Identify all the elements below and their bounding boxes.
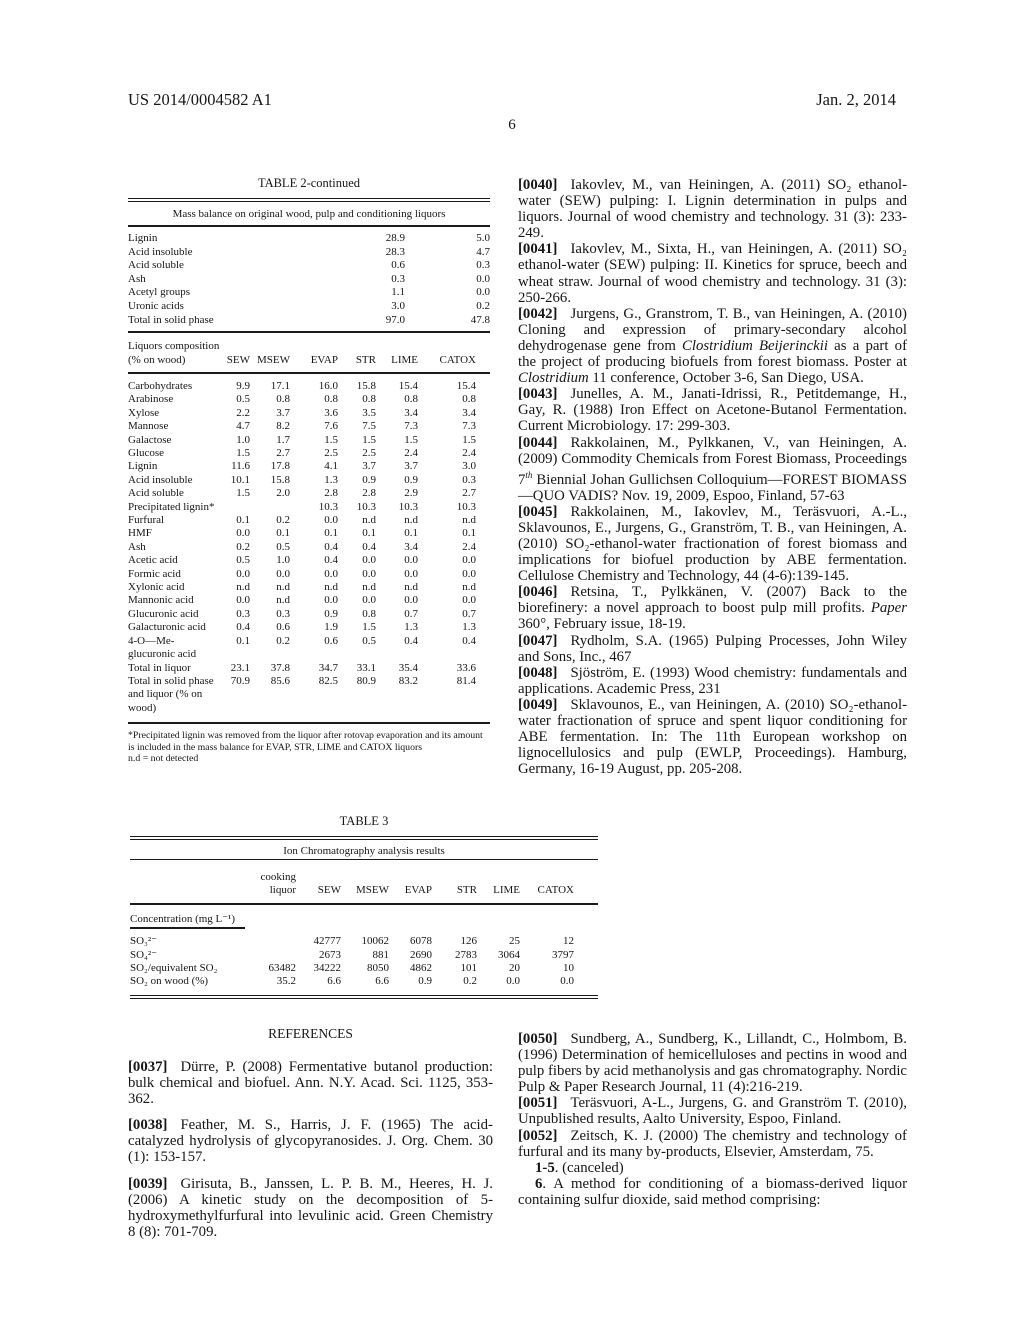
cell-value: n.d — [250, 581, 290, 594]
cell-value — [250, 949, 296, 962]
cell-value: 0.0 — [338, 554, 376, 567]
cell-value: 23.1 — [220, 662, 250, 675]
paragraph-tag: [0050] — [518, 1031, 557, 1047]
cell-value: 63482 — [250, 962, 296, 975]
cell-value: 0.5 — [220, 393, 250, 406]
row-label: Arabinose — [128, 393, 220, 406]
row-label: Acid soluble — [128, 487, 220, 500]
table-row: Total in solid phase97.047.8 — [128, 314, 490, 328]
row-label: Carbohydrates — [128, 373, 220, 393]
table-row: Lignin11.617.84.13.73.73.0 — [128, 460, 490, 473]
cell-value: 0.8 — [290, 393, 338, 406]
row-label: Galacturonic acid — [128, 621, 220, 634]
paragraph-text: 360°, February issue, 18-19. — [518, 616, 686, 632]
cell-value: 82.5 — [290, 675, 338, 723]
cell-value: 3.4 — [376, 407, 418, 420]
cell-value: n.d — [220, 581, 250, 594]
cell-value: 0.1 — [376, 527, 418, 540]
cell-value: 2.9 — [376, 487, 418, 500]
paragraph-tag: [0044] — [518, 435, 557, 451]
cell-value: 0.0 — [220, 568, 250, 581]
claim-6: 6. A method for conditioning of a biomas… — [518, 1176, 907, 1208]
paragraph-text: Sundberg, A., Sundberg, K., Lillandt, C.… — [518, 1031, 907, 1095]
table-rule — [128, 225, 490, 227]
cell-value: 3797 — [520, 949, 598, 962]
table-row: Xylose2.23.73.63.53.43.4 — [128, 407, 490, 420]
cell-value: 7.3 — [418, 420, 490, 433]
cell-value: 0.7 — [418, 608, 490, 621]
table3-header-row: cooking liquorSEWMSEWEVAPSTRLIMECATOX — [130, 860, 598, 904]
cell-value: 10.3 — [290, 501, 338, 514]
cell-value: 2.5 — [290, 447, 338, 460]
cell-value — [250, 501, 290, 514]
claim-1-5-canceled: 1-5. (canceled) — [518, 1160, 907, 1176]
reference-paragraph-0052: [0052]Zeitsch, K. J. (2000) The chemistr… — [518, 1128, 907, 1160]
column-header: SEW — [296, 860, 341, 904]
table-row: Acid insoluble28.34.7 — [128, 246, 490, 260]
paragraph-tag: [0047] — [518, 633, 557, 649]
table2-continued-block: TABLE 2-continued Mass balance on origin… — [128, 176, 490, 765]
cell-value: 2.7 — [418, 487, 490, 500]
column-header: MSEW — [250, 333, 290, 373]
cell-value: 0.0 — [220, 527, 250, 540]
cell-value: 0.2 — [250, 514, 290, 527]
paragraph-tag: [0043] — [518, 386, 557, 402]
table-row: Carbohydrates9.917.116.015.815.415.4 — [128, 373, 490, 393]
paragraph-tag: [0041] — [518, 241, 557, 257]
cell-value: 0.6 — [293, 259, 405, 273]
cell-value: 2.0 — [250, 487, 290, 500]
cell-value: 10.3 — [418, 501, 490, 514]
paragraph-tag: [0046] — [518, 584, 557, 600]
cell-value: 1.5 — [290, 434, 338, 447]
claim-text: . (canceled) — [555, 1160, 624, 1176]
reference-paragraph-0049: [0049]Sklavounos, E., van Heiningen, A. … — [518, 697, 907, 777]
cell-value: 0.4 — [418, 635, 490, 662]
cell-value: 35.4 — [376, 662, 418, 675]
cell-value: 2.8 — [338, 487, 376, 500]
table-row: SO₂/equivalent SO₂6348234222805048621012… — [130, 962, 598, 975]
cell-value: 0.4 — [290, 554, 338, 567]
paragraph-tag: [0045] — [518, 504, 557, 520]
references-heading: REFERENCES — [128, 1026, 493, 1042]
cell-value: n.d — [418, 581, 490, 594]
cell-value: 42777 — [296, 933, 341, 948]
cell-value: 81.4 — [418, 675, 490, 723]
table-row: Acid soluble0.60.3 — [128, 259, 490, 273]
row-label: Uronic acids — [128, 300, 293, 314]
cell-value: 1.9 — [290, 621, 338, 634]
italic-species-name: Clostridium — [518, 370, 589, 386]
cell-value: 0.8 — [418, 393, 490, 406]
references-section: REFERENCES [0037]Dürre, P. (2008) Fermen… — [128, 1026, 493, 1250]
cell-value: 2.4 — [376, 447, 418, 460]
column-header: cooking liquor — [250, 860, 296, 904]
footnote-nd: n.d = not detected — [128, 753, 490, 765]
cell-value — [250, 933, 296, 948]
cell-value: 28.3 — [293, 246, 405, 260]
cell-value: 3.4 — [418, 407, 490, 420]
paragraph-tag: [0039] — [128, 1176, 167, 1192]
row-label: Total in liquor — [128, 662, 220, 675]
cell-value: 3.7 — [250, 407, 290, 420]
reference-paragraph-0044: [0044]Rakkolainen, M., Pylkkanen, V., va… — [518, 435, 907, 504]
paragraph-tag: [0049] — [518, 697, 557, 713]
paragraph-text: Retsina, T., Pylkkänen, V. (2007) Back t… — [518, 584, 907, 616]
table-row: SO₃²⁻427771006260781262512 — [130, 933, 598, 948]
cell-value: 3.7 — [376, 460, 418, 473]
row-label: Acid soluble — [128, 259, 293, 273]
table-row: Acetic acid0.51.00.40.00.00.0 — [128, 554, 490, 567]
row-label: Total in solid phase — [128, 314, 293, 328]
cell-value: 2690 — [389, 949, 432, 962]
column-header: STR — [432, 860, 477, 904]
column-header: LIME — [477, 860, 520, 904]
claim-number: 1-5 — [535, 1160, 555, 1176]
cell-value: 17.8 — [250, 460, 290, 473]
table-row: Arabinose0.50.80.80.80.80.8 — [128, 393, 490, 406]
reference-paragraph-0050: [0050]Sundberg, A., Sundberg, K., Lillan… — [518, 1031, 907, 1095]
cell-value: 4.7 — [220, 420, 250, 433]
table-row: Total in liquor23.137.834.733.135.433.6 — [128, 662, 490, 675]
cell-value: 17.1 — [250, 373, 290, 393]
column-header: EVAP — [389, 860, 432, 904]
footnote-precipitated-lignin: *Precipitated lignin was removed from th… — [128, 730, 490, 753]
paragraph-tag: [0052] — [518, 1128, 557, 1144]
cell-value: 4862 — [389, 962, 432, 975]
column-header: STR — [338, 333, 376, 373]
table3-stub-header — [130, 860, 250, 904]
cell-value: 0.0 — [418, 594, 490, 607]
row-label: SO₂/equivalent SO₂ — [130, 962, 250, 975]
cell-value: 1.7 — [250, 434, 290, 447]
cell-value: 0.5 — [250, 541, 290, 554]
claim-text: . A method for conditioning of a biomass… — [518, 1176, 907, 1208]
reference-paragraph-0051: [0051]Teräsvuori, A-L., Jurgens, G. and … — [518, 1095, 907, 1127]
reference-paragraph-0042: [0042]Jurgens, G., Granstrom, T. B., van… — [518, 306, 907, 386]
cell-value: 0.6 — [250, 621, 290, 634]
ion-chromatography-table: cooking liquorSEWMSEWEVAPSTRLIMECATOX Co… — [130, 860, 598, 995]
column-header: MSEW — [341, 860, 389, 904]
cell-value: 20 — [477, 962, 520, 975]
cell-value: 0.4 — [338, 541, 376, 554]
cell-value: 1.0 — [220, 434, 250, 447]
table-row: Lignin28.95.0 — [128, 232, 490, 246]
liquors-header-row: Liquors composition (% on wood) SEWMSEWE… — [128, 333, 490, 373]
reference-paragraph-0047: [0047]Rydholm, S.A. (1965) Pulping Proce… — [518, 633, 907, 665]
reference-paragraph-0048: [0048]Sjöström, E. (1993) Wood chemistry… — [518, 665, 907, 697]
cell-value: 7.3 — [376, 420, 418, 433]
table-row: Galacturonic acid0.40.61.91.51.31.3 — [128, 621, 490, 634]
cell-value: 15.4 — [418, 373, 490, 393]
cell-value: 37.8 — [250, 662, 290, 675]
row-label: Lignin — [128, 460, 220, 473]
paragraph-tag: [0042] — [518, 306, 557, 322]
cell-value: n.d — [338, 514, 376, 527]
row-label: Mannonic acid — [128, 594, 220, 607]
cell-value: 0.3 — [405, 259, 490, 273]
row-label: 4-O—Me-glucuronic acid — [128, 635, 220, 662]
cell-value: 0.2 — [405, 300, 490, 314]
cell-value: 33.1 — [338, 662, 376, 675]
cell-value: 35.2 — [250, 975, 296, 994]
table-row: 4-O—Me-glucuronic acid0.10.20.60.50.40.4 — [128, 635, 490, 662]
table-row: SO₂ on wood (%)35.26.66.60.90.20.00.0 — [130, 975, 598, 994]
cell-value: 1.3 — [376, 621, 418, 634]
cell-value: 0.1 — [220, 635, 250, 662]
table-row: Glucose1.52.72.52.52.42.4 — [128, 447, 490, 460]
cell-value: 0.1 — [250, 527, 290, 540]
cell-value: 80.9 — [338, 675, 376, 723]
right-column: [0040]Iakovlev, M., van Heiningen, A. (2… — [518, 177, 907, 777]
row-label: Xylonic acid — [128, 581, 220, 594]
cell-value: 6.6 — [296, 975, 341, 994]
paragraph-tag: [0038] — [128, 1117, 167, 1133]
cell-value: 15.8 — [338, 373, 376, 393]
cell-value: 0.5 — [220, 554, 250, 567]
cell-value: 0.0 — [405, 286, 490, 300]
paragraph-tag: [0051] — [518, 1095, 557, 1111]
patent-number: US 2014/0004582 A1 — [128, 90, 272, 110]
row-label: Total in solid phase and liquor (% on wo… — [128, 675, 220, 723]
cell-value: 1.5 — [220, 487, 250, 500]
cell-value: 8050 — [341, 962, 389, 975]
cell-value: 3064 — [477, 949, 520, 962]
cell-value: n.d — [290, 581, 338, 594]
paragraph-text: Zeitsch, K. J. (2000) The chemistry and … — [518, 1128, 907, 1160]
paragraph-text: Sklavounos, E., van Heiningen, A. (2010)… — [518, 697, 907, 777]
cell-value: 0.0 — [290, 594, 338, 607]
cell-value: 33.6 — [418, 662, 490, 675]
table-row: Furfural0.10.20.0n.dn.dn.d — [128, 514, 490, 527]
paragraph-tag: [0048] — [518, 665, 557, 681]
cell-value: 8.2 — [250, 420, 290, 433]
table-row: Acid insoluble10.115.81.30.90.90.3 — [128, 474, 490, 487]
row-label: SO₄²⁻ — [130, 949, 250, 962]
table-rule — [130, 995, 598, 999]
cell-value: 3.4 — [376, 541, 418, 554]
row-label: Mannose — [128, 420, 220, 433]
cell-value: 3.5 — [338, 407, 376, 420]
paragraph-text: Junelles, A. M., Janati-Idrissi, R., Pet… — [518, 386, 907, 434]
cell-value: 70.9 — [220, 675, 250, 723]
cell-value: 1.3 — [418, 621, 490, 634]
cell-value: 10.3 — [338, 501, 376, 514]
concentration-section-header: Concentration (mg L⁻¹) — [130, 913, 245, 929]
cell-value: 3.0 — [418, 460, 490, 473]
cell-value: 4.1 — [290, 460, 338, 473]
cell-value: 1.5 — [418, 434, 490, 447]
reference-paragraph-0040: [0040]Iakovlev, M., van Heiningen, A. (2… — [518, 177, 907, 241]
paragraph-text: Biennial Johan Gullichsen Colloquium—FOR… — [518, 472, 907, 504]
cell-value: 0.1 — [220, 514, 250, 527]
table3-title: TABLE 3 — [130, 814, 598, 829]
cell-value: 6078 — [389, 933, 432, 948]
cell-value: 0.3 — [293, 273, 405, 287]
reference-paragraph-0039: [0039]Girisuta, B., Janssen, L. P. B. M.… — [128, 1176, 493, 1240]
row-label: Ash — [128, 273, 293, 287]
cell-value — [220, 501, 250, 514]
table-row: HMF0.00.10.10.10.10.1 — [128, 527, 490, 540]
table-row: Acetyl groups1.10.0 — [128, 286, 490, 300]
cell-value: 0.1 — [418, 527, 490, 540]
cell-value: 34222 — [296, 962, 341, 975]
table-row: Glucuronic acid0.30.30.90.80.70.7 — [128, 608, 490, 621]
cell-value: 1.3 — [290, 474, 338, 487]
cell-value: 10 — [520, 962, 598, 975]
row-label: Acid insoluble — [128, 246, 293, 260]
table-row: Galactose1.01.71.51.51.51.5 — [128, 434, 490, 447]
paragraph-text: Iakovlev, M., van Heiningen, A. (2011) S… — [518, 177, 907, 241]
cell-value: 0.7 — [376, 608, 418, 621]
cell-value: 0.2 — [220, 541, 250, 554]
table-row: SO₄²⁻26738812690278330643797 — [130, 949, 598, 962]
cell-value: 10062 — [341, 933, 389, 948]
mass-balance-table: Lignin28.95.0Acid insoluble28.34.7Acid s… — [128, 232, 490, 327]
cell-value: 2673 — [296, 949, 341, 962]
cell-value: 1.5 — [376, 434, 418, 447]
cell-value: 3.0 — [293, 300, 405, 314]
cell-value: 0.3 — [250, 608, 290, 621]
cell-value: 0.9 — [290, 608, 338, 621]
cell-value: 0.1 — [338, 527, 376, 540]
row-label: Glucuronic acid — [128, 608, 220, 621]
table-row: Uronic acids3.00.2 — [128, 300, 490, 314]
cell-value: 1.5 — [338, 434, 376, 447]
table3-block: TABLE 3 Ion Chromatography analysis resu… — [130, 814, 598, 999]
cell-value: 0.0 — [376, 594, 418, 607]
table-row: Formic acid0.00.00.00.00.00.0 — [128, 568, 490, 581]
cell-value: 0.4 — [376, 635, 418, 662]
table2-title: TABLE 2-continued — [128, 176, 490, 191]
paragraph-tag: [0040] — [518, 177, 557, 193]
cell-value: 1.1 — [293, 286, 405, 300]
cell-value: 0.0 — [220, 594, 250, 607]
cell-value: 1.5 — [220, 447, 250, 460]
cell-value: 0.4 — [290, 541, 338, 554]
paragraph-text: Girisuta, B., Janssen, L. P. B. M., Heer… — [128, 1176, 493, 1240]
cell-value: 5.0 — [405, 232, 490, 246]
cell-value: n.d — [376, 581, 418, 594]
cell-value: 0.1 — [290, 527, 338, 540]
table-row: Mannonic acid0.0n.d0.00.00.00.0 — [128, 594, 490, 607]
paragraph-text: Dürre, P. (2008) Fermentative butanol pr… — [128, 1059, 493, 1107]
table-row: Acid soluble1.52.02.82.82.92.7 — [128, 487, 490, 500]
row-label: Acid insoluble — [128, 474, 220, 487]
row-label: Precipitated lignin* — [128, 501, 220, 514]
cell-value: n.d — [250, 594, 290, 607]
row-label: Lignin — [128, 232, 293, 246]
cell-value: 15.8 — [250, 474, 290, 487]
cell-value: 0.0 — [418, 554, 490, 567]
cell-value: 9.9 — [220, 373, 250, 393]
cell-value: 2783 — [432, 949, 477, 962]
cell-value: 0.0 — [477, 975, 520, 994]
cell-value: 0.0 — [250, 568, 290, 581]
column-header: CATOX — [418, 333, 490, 373]
reference-paragraph-0045: [0045]Rakkolainen, M., Iakovlev, M., Ter… — [518, 504, 907, 584]
paragraph-text: Rydholm, S.A. (1965) Pulping Processes, … — [518, 633, 907, 665]
reference-paragraph-0037: [0037]Dürre, P. (2008) Fermentative buta… — [128, 1059, 493, 1107]
row-label: Acetic acid — [128, 554, 220, 567]
reference-paragraph-0038: [0038]Feather, M. S., Harris, J. F. (196… — [128, 1117, 493, 1165]
cell-value: 0.3 — [220, 608, 250, 621]
cell-value: 0.0 — [405, 273, 490, 287]
cell-value: 4.7 — [405, 246, 490, 260]
row-label: SO₂ on wood (%) — [130, 975, 250, 994]
cell-value: 47.8 — [405, 314, 490, 328]
cell-value: n.d — [338, 581, 376, 594]
row-label: Galactose — [128, 434, 220, 447]
cell-value: 34.7 — [290, 662, 338, 675]
reference-paragraph-0041: [0041]Iakovlev, M., Sixta, H., van Heini… — [518, 241, 907, 305]
cell-value: 2.4 — [418, 541, 490, 554]
paragraph-text: 11 conference, October 3-6, San Diego, U… — [589, 370, 864, 386]
cell-value: 1.5 — [338, 621, 376, 634]
cell-value: 2.5 — [338, 447, 376, 460]
cell-value: 28.9 — [293, 232, 405, 246]
publication-date: Jan. 2, 2014 — [816, 90, 896, 110]
table-row: Xylonic acidn.dn.dn.dn.dn.dn.d — [128, 581, 490, 594]
cell-value: n.d — [418, 514, 490, 527]
cell-value: 0.8 — [250, 393, 290, 406]
cell-value: 0.2 — [432, 975, 477, 994]
paragraph-text: Iakovlev, M., Sixta, H., van Heiningen, … — [518, 241, 907, 305]
row-label: SO₃²⁻ — [130, 933, 250, 948]
table-row: Ash0.30.0 — [128, 273, 490, 287]
reference-paragraph-0043: [0043]Junelles, A. M., Janati-Idrissi, R… — [518, 386, 907, 434]
page-number: 6 — [0, 117, 1024, 134]
cell-value: 15.4 — [376, 373, 418, 393]
cell-value: 2.4 — [418, 447, 490, 460]
cell-value: 2.7 — [250, 447, 290, 460]
cell-value: 7.5 — [338, 420, 376, 433]
italic-journal-name: Paper — [871, 600, 907, 616]
cell-value: 0.0 — [418, 568, 490, 581]
row-label: HMF — [128, 527, 220, 540]
cell-value: 16.0 — [290, 373, 338, 393]
paragraph-tag: [0037] — [128, 1059, 167, 1075]
cell-value: 12 — [520, 933, 598, 948]
cell-value: 101 — [432, 962, 477, 975]
cell-value: 881 — [341, 949, 389, 962]
right-column-bottom: [0050]Sundberg, A., Sundberg, K., Lillan… — [518, 1031, 907, 1208]
column-header: EVAP — [290, 333, 338, 373]
cell-value: 0.0 — [376, 568, 418, 581]
table2-caption: Mass balance on original wood, pulp and … — [128, 202, 490, 225]
cell-value: 7.6 — [290, 420, 338, 433]
cell-value: 2.2 — [220, 407, 250, 420]
cell-value: 10.1 — [220, 474, 250, 487]
table-row: Total in solid phase and liquor (% on wo… — [128, 675, 490, 723]
row-label: Glucose — [128, 447, 220, 460]
row-label: Xylose — [128, 407, 220, 420]
cell-value: 0.9 — [389, 975, 432, 994]
column-header: CATOX — [520, 860, 598, 904]
italic-species-name: Clostridium Beijerinckii — [682, 338, 828, 354]
cell-value: 0.3 — [418, 474, 490, 487]
cell-value: 0.5 — [338, 635, 376, 662]
cell-value: 0.0 — [338, 568, 376, 581]
cell-value: 1.0 — [250, 554, 290, 567]
cell-value: 0.8 — [338, 393, 376, 406]
cell-value: 97.0 — [293, 314, 405, 328]
row-label: Acetyl groups — [128, 286, 293, 300]
cell-value: 0.0 — [376, 554, 418, 567]
cell-value: 0.9 — [376, 474, 418, 487]
paragraph-text: Feather, M. S., Harris, J. F. (1965) The… — [128, 1117, 493, 1165]
row-label: Ash — [128, 541, 220, 554]
